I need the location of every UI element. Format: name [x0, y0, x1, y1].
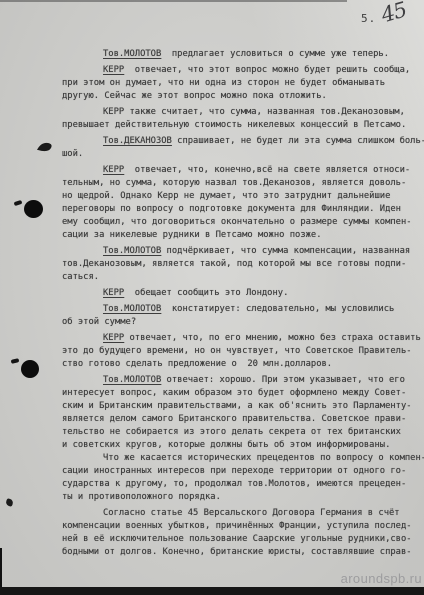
paragraph: Тов.ДЕКАНОЗОВ спрашивает, не будет ли эт… [62, 135, 422, 161]
text-line: ему сообщил, что договориться окончатель… [62, 216, 422, 229]
text-line: Согласно статье 45 Версальского Договора… [62, 507, 422, 520]
scanned-page: 45 5. Тов.МОЛОТОВ предлагает условиться … [0, 0, 424, 595]
document-text: Тов.МОЛОТОВ предлагает условиться о сумм… [62, 48, 422, 559]
handwritten-page-number: 45 [379, 0, 424, 41]
paragraph: Тов.МОЛОТОВ отвечает: хорошо. При этом у… [62, 374, 422, 452]
text-line: бодными от долгов. Конечно, британские ю… [62, 546, 422, 559]
text-line: это до будущего времени, но он чувствует… [62, 345, 422, 358]
text-line: сации иностранных интересов при переходе… [62, 465, 422, 478]
paragraph: КЕРР также считает, что сумма, названная… [62, 106, 422, 132]
text-line: КЕРР обещает сообщить это Лондону. [62, 287, 422, 300]
paragraph: Согласно статье 45 Версальского Договора… [62, 507, 422, 559]
text-line: но щедрой. Однако Керр не думает, что эт… [62, 190, 422, 203]
ink-speck-icon [11, 358, 20, 364]
text-line: тельным, но сумма, которую назвал тов.Де… [62, 177, 422, 190]
text-line: саться. [62, 271, 422, 284]
paragraph: КЕРР обещает сообщить это Лондону. [62, 287, 422, 300]
text-line: ским и Британским правительствами, а как… [62, 400, 422, 413]
text-line: шой. [62, 148, 422, 161]
text-line: интересует вопрос, каким образом это буд… [62, 387, 422, 400]
ink-speck-icon [14, 200, 23, 206]
text-line: превышает действительную стоимость никел… [62, 119, 422, 132]
text-line: тов.Деканозовым, является такой, под кот… [62, 258, 422, 271]
paragraph: КЕРР отвечает, что, конечно,всё на свете… [62, 164, 422, 242]
paragraph: Тов.МОЛОТОВ предлагает условиться о сумм… [62, 48, 422, 61]
scan-top-edge [0, 0, 347, 2]
text-line: КЕРР также считает, что сумма, названная… [62, 106, 422, 119]
paragraph: КЕРР отвечает, что этот вопрос можно буд… [62, 64, 422, 103]
text-line: сации за никелевые рудники в Петсамо мож… [62, 229, 422, 242]
text-line: Тов.ДЕКАНОЗОВ спрашивает, не будет ли эт… [62, 135, 422, 148]
text-line: при этом он думает, что ни одна из сторо… [62, 77, 422, 90]
paragraph: КЕРР отвечает, что, по его мнению, можно… [62, 332, 422, 371]
text-line: переговоры по вопросу о подготовке докум… [62, 203, 422, 216]
text-line: Тов.МОЛОТОВ констатирует: следовательно,… [62, 303, 422, 316]
paragraph: Что же касается исторических прецедентов… [62, 452, 422, 504]
text-line: компенсации военных убытков, причинённых… [62, 520, 422, 533]
text-line: другую. Сейчас же этот вопрос можно пока… [62, 90, 422, 103]
text-line: и советских кругов, которые должны быть … [62, 439, 422, 452]
text-line: ство готово сделать предложение о 20 млн… [62, 358, 422, 371]
watermark: aroundspb.ru [341, 571, 422, 586]
text-line: сударства к другому, то, продолжал тов.М… [62, 478, 422, 491]
text-line: Что же касается исторических прецедентов… [62, 452, 422, 465]
scan-bottom-edge [0, 587, 424, 595]
text-line: КЕРР отвечает, что, конечно,всё на свете… [62, 164, 422, 177]
text-line: ты и противоположного порядка. [62, 491, 422, 504]
ink-mark-icon [36, 139, 54, 158]
text-line: об этой сумме? [62, 316, 422, 329]
text-line: КЕРР отвечает, что, по его мнению, можно… [62, 332, 422, 345]
text-line: Тов.МОЛОТОВ предлагает условиться о сумм… [62, 48, 422, 61]
paragraph: Тов.МОЛОТОВ констатирует: следовательно,… [62, 303, 422, 329]
text-line: тельство не собирается из этого делать с… [62, 426, 422, 439]
ink-speck-icon [5, 498, 14, 507]
hole-punch-icon [21, 360, 39, 378]
page-number: 5. [361, 12, 376, 25]
text-line: Тов.МОЛОТОВ отвечает: хорошо. При этом у… [62, 374, 422, 387]
text-line: является делом самого Британского правит… [62, 413, 422, 426]
text-line: Тов.МОЛОТОВ подчёркивает, что сумма комп… [62, 245, 422, 258]
paragraph: Тов.МОЛОТОВ подчёркивает, что сумма комп… [62, 245, 422, 284]
hole-punch-icon [24, 200, 43, 218]
text-line: ней в её исключительное пользование Саар… [62, 533, 422, 546]
text-line: КЕРР отвечает, что этот вопрос можно буд… [62, 64, 422, 77]
